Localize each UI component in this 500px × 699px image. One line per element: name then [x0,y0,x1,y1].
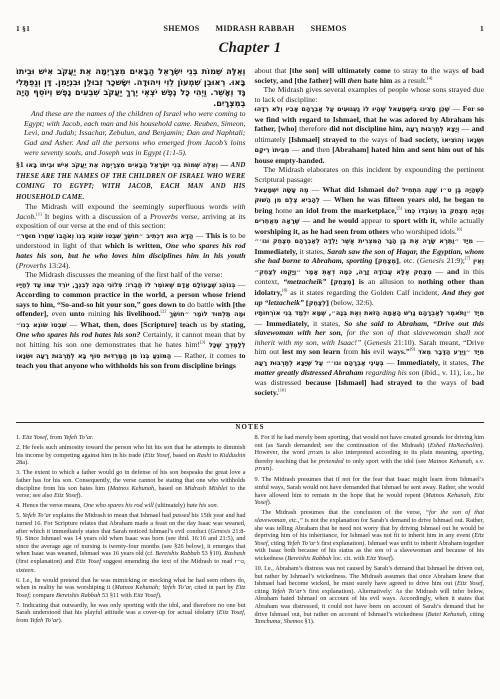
text-run: — [300,216,313,225]
text-run: unto [70,309,88,318]
footnote: 7. Indicating that outwardly, he was onl… [16,602,246,625]
text-run: Bereishis Rabbah [56,592,100,599]
text-run: One who spares his rod will [83,502,153,509]
body-paragraph: שֶׁכֵּן מָצִינוּ בְּיִשְׁמָעֵאל שֶׁהָיוּ… [255,104,485,165]
text-run: as it states regarding the Golden Calf i… [287,288,442,297]
text-run: (first explanation) and [16,558,76,565]
footnote: 8. For if he had merely been sporting, t… [255,434,485,474]
text-run: The Midrash presumes that the conclusion… [262,509,426,516]
text-run: Proverbs [150,212,178,221]
text-run: Eitz Yosef [54,492,78,499]
text-run: Midrash Mishlei [185,485,228,492]
footnote: 1. Eitz Yosef, from Yefeh To’ar. [16,434,246,442]
text-run: evil [373,347,387,356]
body-right-column: about that [the son] will ultimately com… [255,66,485,417]
text-run: 4. Hence the verse means, [16,502,83,509]
hebrew-text-run: וְיָצָא לְתַרְבּוּת רָעָה [406,125,460,133]
text-run: ruining [88,309,114,318]
text-run: the ways of [427,378,472,387]
text-run: and [472,124,484,133]
body-paragraph: מֶה עָשָׂה יִשְׁמָעֵאל — What did Ishmae… [255,185,485,237]
hebrew-text-run: [מְצַחֵק] [375,257,399,265]
text-run: passed [173,512,190,519]
text-run: sporting, [461,449,484,456]
hebrew-verse: וְאֵלֶּה שְׁמוֹת בְּנֵי יִשְׂרָאֵל הַבָּ… [16,66,246,108]
hebrew-text-run: [לְצַחֵק] [306,299,329,307]
text-run: 7. Indicating that outwardly, he was onl… [16,602,246,617]
text-run: ). [59,617,63,624]
text-run: loc. cit. with [332,555,367,562]
text-run: Bereishis Rabbah [287,555,331,562]
text-run: is [359,277,368,286]
text-run: §1 [16,160,26,169]
text-run: lest my son learn [282,347,343,356]
body-paragraph: מִיָּד ״וַתֵּרֶא שָׂרָה אֶת בֶּן הָגָר ה… [255,236,485,308]
notes-divider-rule [16,422,484,423]
text-run: Rashash [224,550,245,557]
text-run: ). [78,492,82,499]
text-run: Rashi [197,452,211,459]
text-run: Yefeh To’ar’s [272,588,306,595]
text-run: — [235,280,245,289]
body-paragraph: הֲדָא הוּא דִכְתִיב ״חוֹשֵׂךְ שִׁבְטוֹ ש… [16,231,246,270]
text-run: and [447,267,463,276]
text-run: — [450,104,463,113]
text-run: worshiping it, as he had seen from other… [255,227,391,236]
text-run: cited in part by [192,584,235,591]
text-run: an idol from the marketplace, [295,206,396,215]
text-run: What, then, does [Scripture] teach [80,320,197,329]
text-run: Yefeh To’ar [22,512,51,519]
text-run: hate his son. [187,502,219,509]
notes-label: NOTES [16,424,484,431]
text-run: bad society, [400,135,442,144]
text-run: Genesis [420,256,444,265]
text-run: Matnos Kehunah, [110,485,156,492]
folio-right: 1 [480,24,484,33]
text-run: which is written, [105,241,166,250]
verse-translation: And these are the names of the children … [24,109,246,157]
text-run: sport with it, [393,216,440,225]
text-run: ). [269,465,273,472]
text-run: appear to [361,216,393,225]
notes-section: 1. Eitz Yosef, from Yefeh To’ar.2. He fe… [16,434,484,676]
running-head-midrash-rabbah: MIDRASH RABBAH [216,24,295,33]
footnote-reference: [6] [457,226,462,231]
text-run: suggest emending the text of the Midrash… [101,558,235,565]
text-run: — [473,236,484,245]
hebrew-text-run: בְּנוֹהֵג שֶׁבָּעוֹלָם אָדָם שֶׁאוֹמֵר ל… [16,281,235,289]
text-run: (below, 32:6). [329,298,374,307]
text-run: pretended [319,458,344,465]
text-run: it states, [443,358,472,367]
text-run: Eitz Yosef [133,592,157,599]
body-left-column: וְאֵלֶּה שְׁמוֹת בְּנֵי יִשְׂרָאֵל הַבָּ… [16,66,246,417]
text-run: Matnos Kehunah; Yefeh To’ar, [114,584,192,591]
hebrew-text-run: מִיָּד ״וַתֵּרֶא שָׂרָה אֶת בֶּן הָגָר ה… [255,237,474,245]
book-page: 1 §1 SHEMOS MIDRASH RABBAH SHEMOS 1 Chap… [0,0,500,699]
text-run: an allusion to [368,277,418,286]
text-run: the ways of [359,135,399,144]
text-run: do battle [187,300,216,309]
footnote: 9. The Midrash presumes that if not for … [255,476,485,506]
text-run: — [218,160,231,169]
text-run: — [255,319,267,328]
text-run: — [171,351,184,360]
text-run: from [16,617,30,624]
text-run: even [52,309,70,318]
text-run: וְאֵלֶּה שְׁמוֹת בְּנֵי יִשְׂרָאֵל הַבָּ… [16,66,246,108]
text-run: 53 §10). [200,550,224,557]
text-run: and [302,145,317,154]
text-run: to [421,66,431,75]
text-run: citing [467,611,484,618]
text-run: Eitz Yosef, [145,452,171,459]
text-run: did not discipline him, [329,124,405,133]
running-head-title: SHEMOS MIDRASH RABBAH SHEMOS [163,24,346,33]
hebrew-text-run: מֶה עָשָׂה יִשְׁמָעֵאל [255,186,309,194]
text-run: his [361,347,373,356]
hebrew-text-run: ט״ז [235,559,244,565]
text-run: Tanchuma, Shemos [255,618,303,625]
running-head: 1 §1 SHEMOS MIDRASH RABBAH SHEMOS 1 [16,24,484,33]
text-run: hate him [362,76,395,85]
text-run: §1). [303,618,315,625]
text-run: One who spares his rod hates his son? [16,330,140,339]
text-run: home [275,206,295,215]
text-run: — [309,185,323,194]
text-run: Yefeh To’ar [30,617,59,624]
text-run: ways.” [388,347,410,356]
text-run: Eitz Yosef, [457,580,484,587]
text-run: The Midrash gives several examples of pe… [255,85,485,104]
hebrew-text-run: [מְצַחֵק] [331,278,355,286]
text-run: citing [255,588,272,595]
text-run: who worshiped idols. [391,227,457,236]
body-paragraph: מִיָּד ״וַתֹּאמֶר לְאַבְרָהָם גָּרֵשׁ הָ… [255,308,485,397]
footnote: 3. The extent to which a father would go… [16,469,246,499]
body-paragraph: The Midrash gives several examples of pe… [255,85,485,104]
text-run: “metzacheik” [283,277,326,286]
text-run: thereby teaching that he [255,458,319,465]
notes-left-column: 1. Eitz Yosef, from Yefeh To’ar.2. He fe… [16,434,246,676]
text-run: then [348,76,362,85]
text-run: to [211,452,219,459]
text-run: based on [156,485,185,492]
text-run: then [317,145,333,154]
text-run: The Midrash elaborates on this incident … [255,165,485,184]
footnote: 2. He feels such animosity toward the pe… [16,444,246,467]
text-run: to stray [394,66,421,75]
text-run: Batei Kehunah, [428,611,468,618]
text-run: 13:24). [46,261,70,270]
text-run: Eitz Yosef, [219,609,246,616]
text-run: it states, [300,247,328,256]
section-heading: §1 וְאֵלֶּה שְׁמוֹת בְּנֵי יִשְׂרָאֵל הַ… [16,160,246,202]
body-paragraph: The Midrash elaborates on this incident … [255,165,485,184]
text-run: ). [391,555,395,562]
text-run: — [384,358,397,367]
hebrew-text-run: שֶׁכֵּן מָצִינוּ בְּיִשְׁמָעֵאל שֶׁהָיוּ… [255,105,450,113]
notes-right-column: 8. For if he had merely been sporting, t… [255,434,485,676]
text-run: as a result. [394,76,427,85]
text-run: 28a). [16,459,29,466]
text-run: the ways [431,66,462,75]
text-run: s.v. [474,458,484,465]
text-run: Eitz Yosef [76,558,101,565]
text-run: , [244,558,246,565]
text-run: Bereishis Rabbah [155,550,199,557]
folio-left: 1 §1 [16,24,30,33]
text-run: Yefeh To’ar’s [287,540,320,547]
text-run: — [432,267,447,276]
text-run: — [289,145,301,154]
text-run: — [459,124,471,133]
hebrew-text-run: הֲדָא הוּא דִכְתִיב ״חוֹשֵׂךְ שִׁבְטוֹ ש… [16,232,193,240]
footnote: 6. I.e., he would pretend that he was mi… [16,577,246,600]
body-paragraph: The Midrash will expound the seemingly s… [16,202,246,231]
text-run: — [320,195,334,204]
text-run: The Midrash will expound the seemingly s… [25,202,232,211]
chapter-title: Chapter 1 [16,40,484,57]
text-run: (ultimately) [154,502,187,509]
text-run: Yefeh To’ar. [64,434,94,441]
text-run: it states, [313,319,344,328]
text-run: And these are the names of the children … [24,109,246,156]
footnote: 4. Hence the verse means, One who spares… [16,502,246,510]
body-paragraph: The Midrash discusses the meaning of the… [16,270,246,280]
text-run: Eitz Yosef, [22,434,48,441]
text-run: It begins with a discussion of a [42,212,150,221]
text-run: This is [206,231,228,240]
text-run: — [193,231,205,240]
body-paragraph: about that [the son] will ultimately com… [255,66,485,85]
text-run: Immediately, [266,319,313,328]
text-run: Genesis [367,338,391,347]
text-run: based on [171,452,197,459]
text-run: Kiddushin [220,452,246,459]
footnote-reference: [10] [278,387,286,392]
text-run: and he would [313,216,361,225]
text-run: Matnos Kehunah, [428,458,473,465]
text-run: ). [268,499,272,506]
text-run: by stating, [210,320,245,329]
running-head-shemos-right: SHEMOS [311,24,347,33]
text-run: ). [158,592,162,599]
text-run: ultimately [255,135,289,144]
text-run: Immediately, [255,247,300,256]
text-run: from [48,434,63,441]
text-run: Eshed HaNechalim [430,442,480,449]
text-run: [the son] will ultimately come [289,66,393,75]
text-run: 21:9); [444,256,465,265]
text-run: us [197,320,210,329]
text-run: What did Ishmael do? [323,185,403,194]
text-run: [Ishmael] strayed to [289,135,360,144]
footnote-reference: [4] [427,75,432,80]
text-run: 53 §11 with [100,592,133,599]
text-run: about that [255,66,290,75]
text-run: citing [269,540,287,547]
hebrew-text-run: מצחק [308,450,323,456]
text-run: actually [460,216,484,225]
text-run: sixteen. [16,567,35,574]
text-run: to only sport with the idol (see [344,458,429,465]
running-head-shemos-left: SHEMOS [163,24,199,33]
hebrew-text-run: מצחק [255,466,270,472]
text-run: while [440,216,460,225]
hebrew-text-run: וְאֵלֶּה שְׁמוֹת בְּנֵי יִשְׂרָאֵל הַבָּ… [26,161,218,169]
text-run: is also interpreted according to its pla… [323,449,462,456]
footnote: 5. Yefeh To’ar explains the Midrash to m… [16,512,246,574]
text-run: because [Ishmael] had strayed to [305,378,427,387]
text-run: Rather, it comes [185,351,240,360]
text-run: — [67,320,81,329]
text-run: 10. I.e., Abraham’s distress was not cau… [255,565,485,587]
text-run: his livelihood. [114,309,161,318]
text-run: Proverbs [19,261,47,270]
text-run: The Midrash discusses the meaning of the… [25,270,222,279]
text-run: Genesis [210,528,230,535]
text-run: Immediately, [397,358,443,367]
text-run: from [343,347,361,356]
hebrew-text-run: מִיָּד ״וַתֹּאמֶר לְאַבְרָהָם גָּרֵשׁ הָ… [255,309,485,317]
footnote: The Midrash presumes that the conclusion… [255,509,485,562]
footnote: 10. I.e., Abraham’s distress was not cau… [255,565,485,626]
text-run: Eitz Yosef [366,555,390,562]
text-run: compare [31,592,56,599]
text-run: regarding his son [365,368,419,377]
body-paragraph: בְּנוֹהֵג שֶׁבָּעוֹלָם אָדָם שֶׁאוֹמֵר ל… [16,280,246,371]
commentary-body: וְאֵלֶּה שְׁמוֹת בְּנֵי יִשְׂרָאֵל הַבָּ… [16,66,484,417]
text-run: explains the Midrash to mean that Ishmae… [51,512,172,519]
text-run: therefore [299,124,329,133]
text-run: , etc. ( [399,256,420,265]
